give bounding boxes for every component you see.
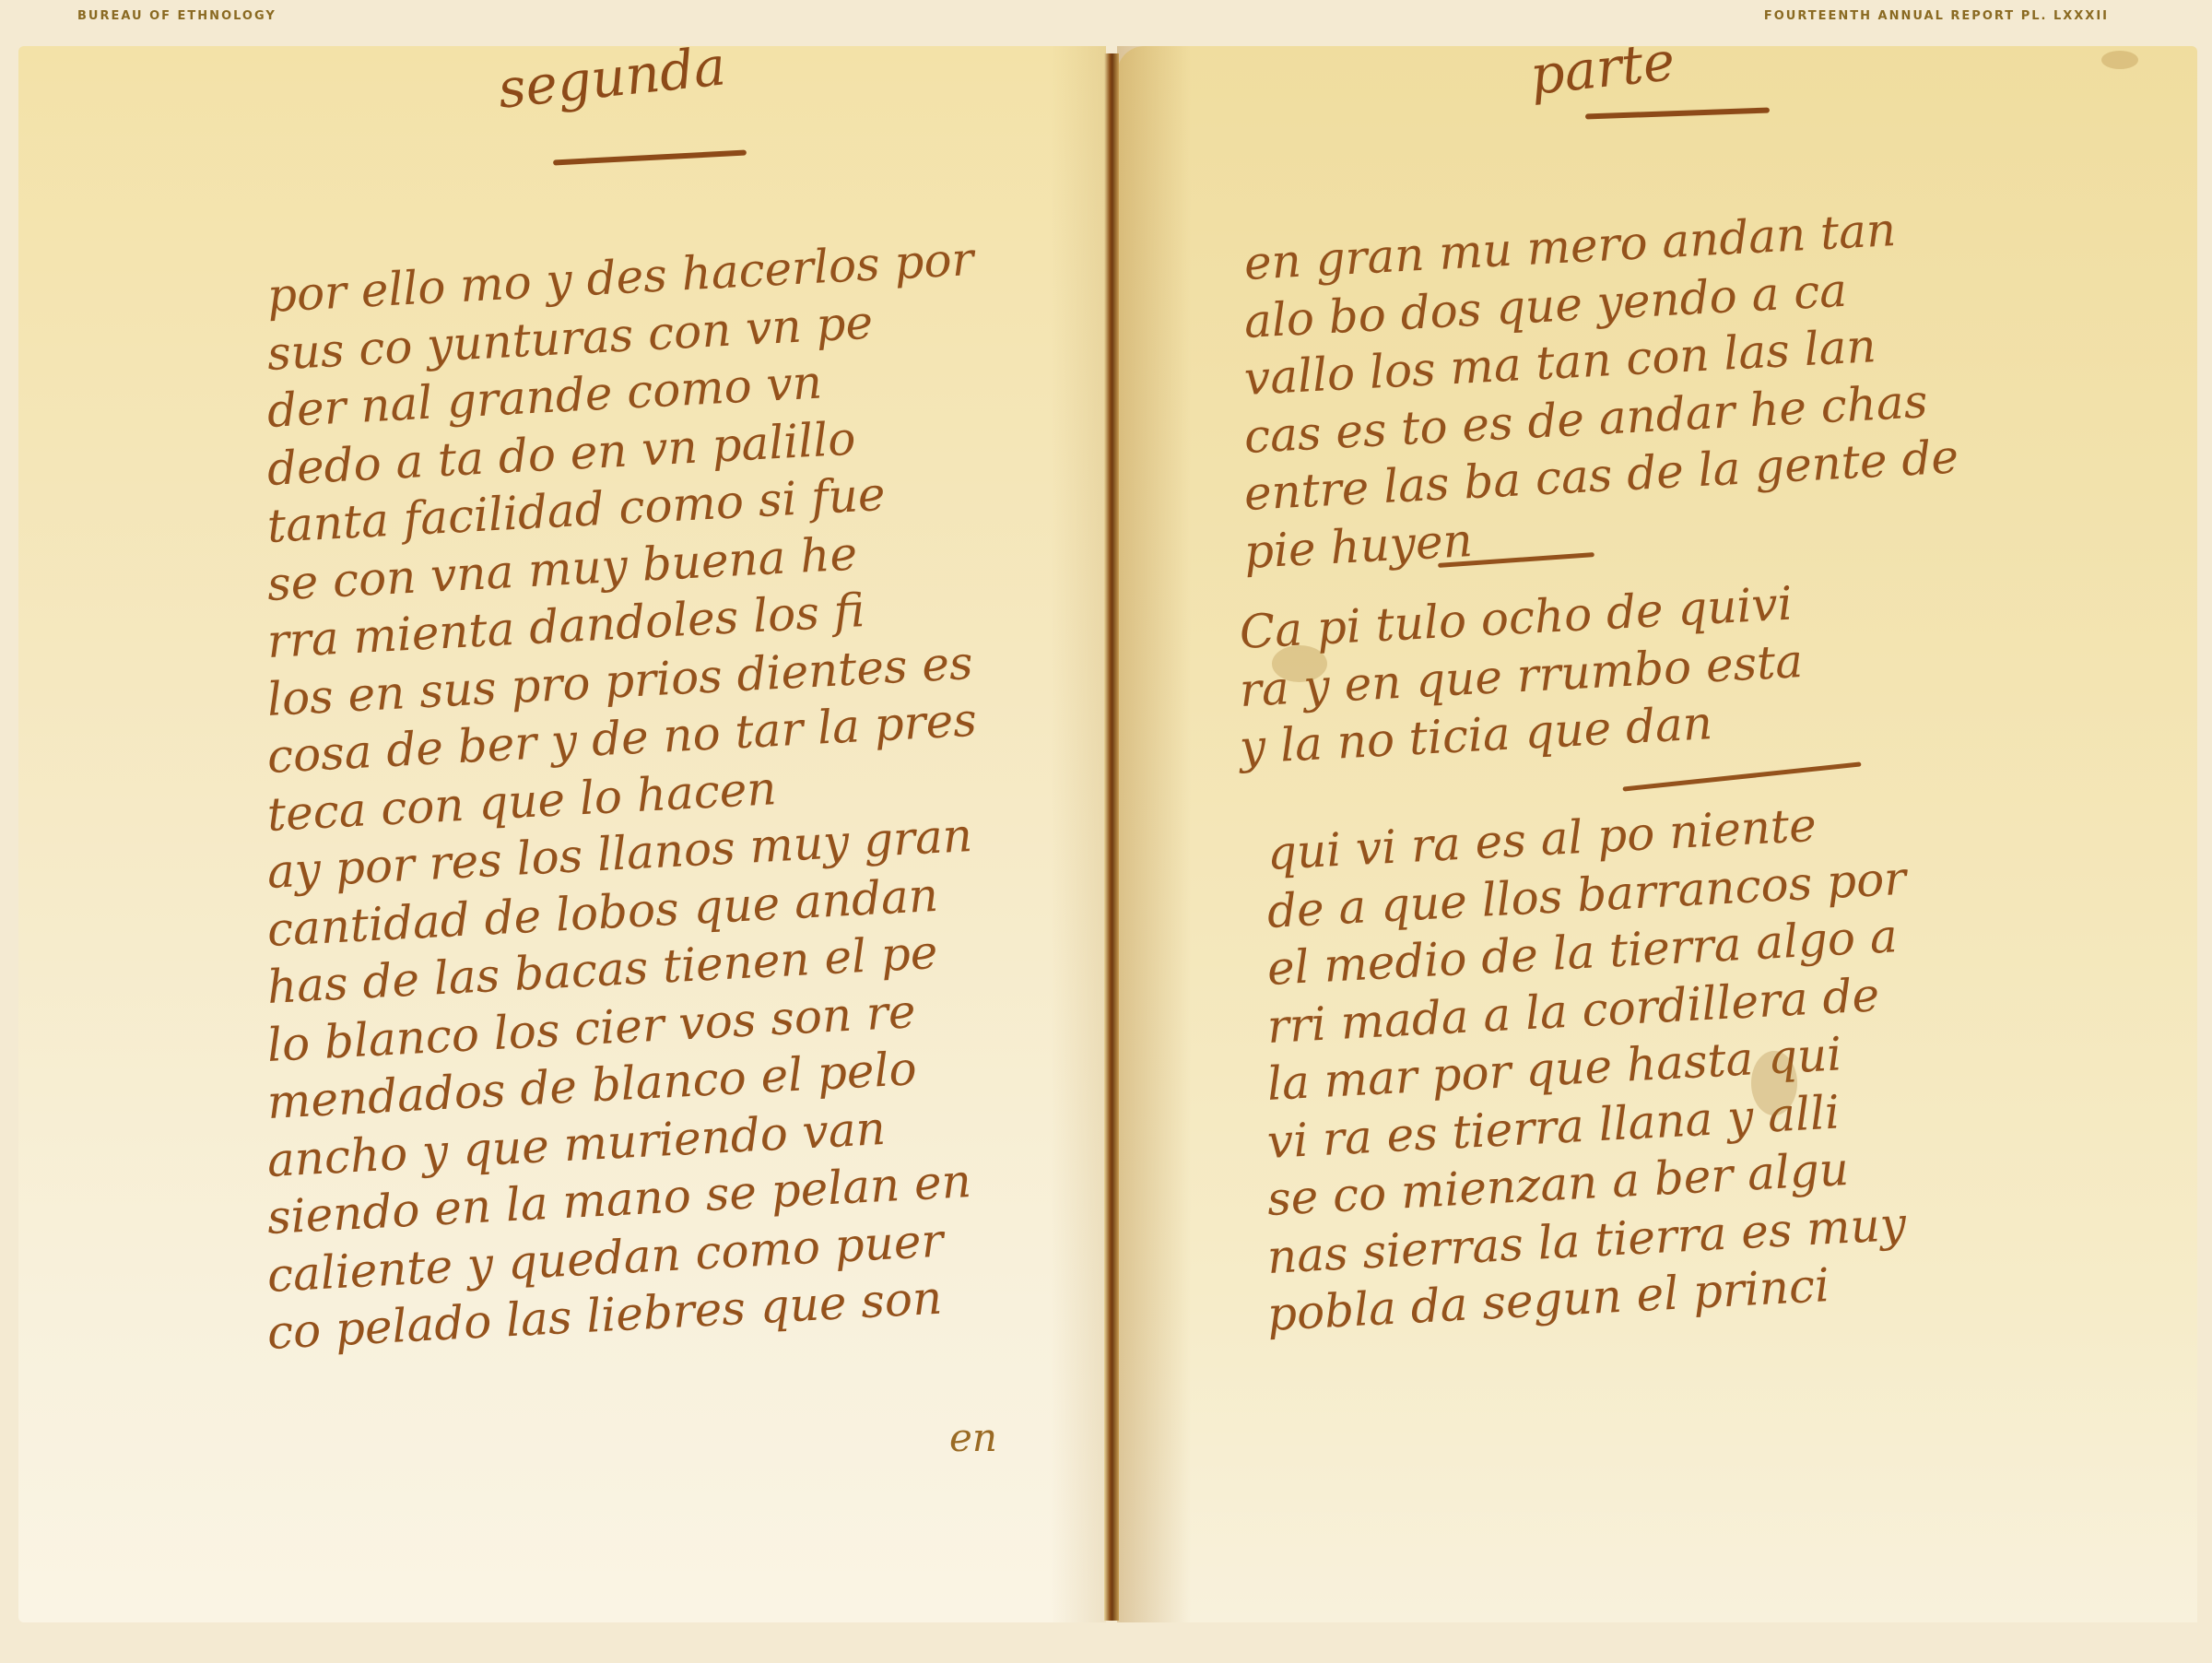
plate-header-left: BUREAU OF ETHNOLOGY	[77, 9, 276, 23]
book-gutter	[1104, 53, 1119, 1621]
ink-stain	[1751, 1051, 1797, 1115]
ink-stain	[2101, 51, 2138, 69]
chapter-title: Ca pi tulo ocho de quivi ra y en que rru…	[1240, 604, 1804, 777]
plate-header-right: FOURTEENTH ANNUAL REPORT PL. LXXXII	[1764, 9, 2109, 23]
ink-stain	[1272, 645, 1327, 682]
left-page-text: por ello mo y des hacerlos por sus co yu…	[267, 267, 978, 1362]
catchword: en	[949, 1415, 997, 1460]
right-page-text-a: en gran mu mero andan tan alo bo dos que…	[1244, 235, 1959, 581]
right-page-text-c: qui vi ra es al po niente de a que llos …	[1267, 825, 1907, 1344]
